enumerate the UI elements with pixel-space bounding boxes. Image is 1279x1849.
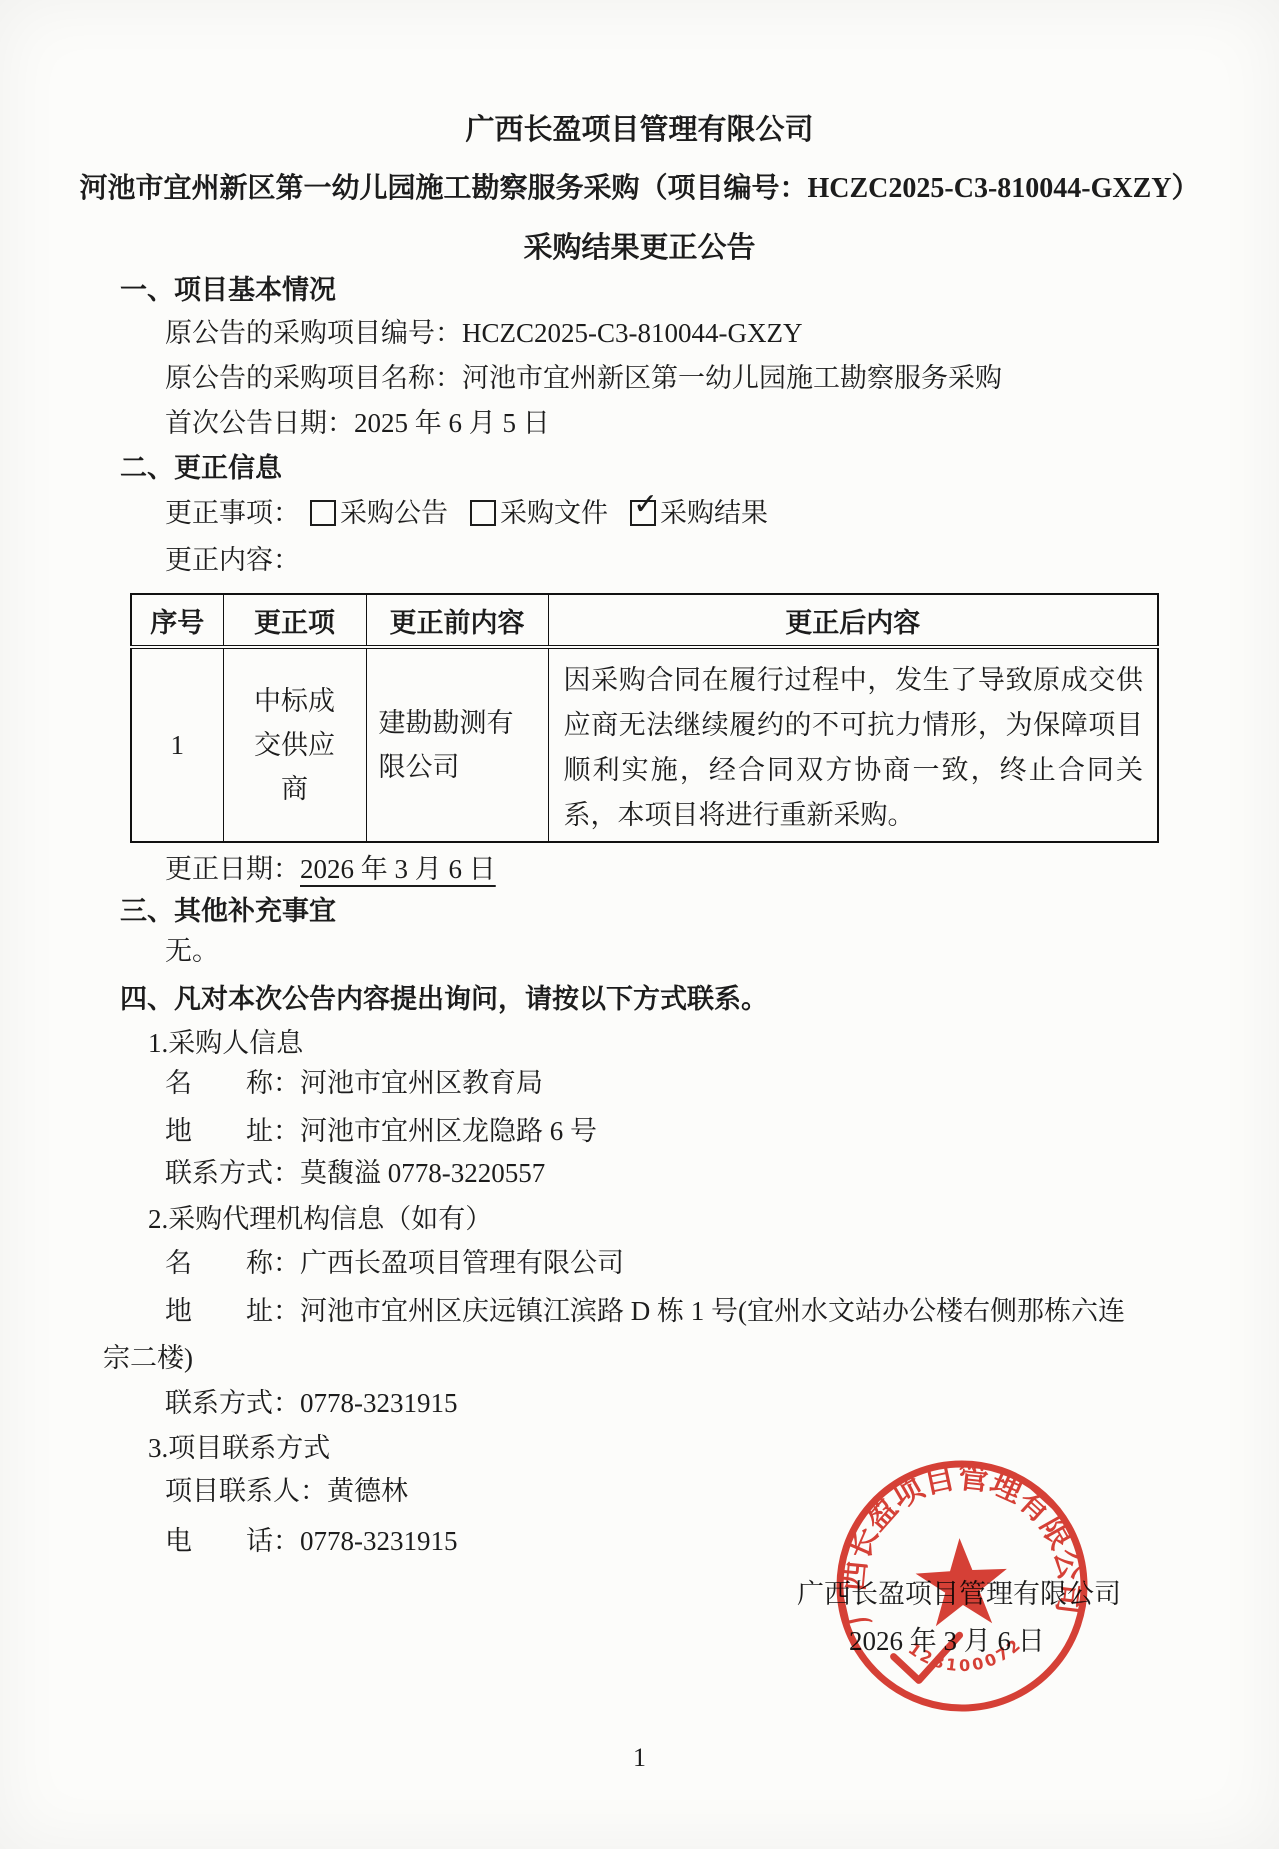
check-mark-icon: ✓ xyxy=(633,490,658,520)
col-header-before: 更正前内容 xyxy=(366,594,548,647)
agency-address-line1: 地 址：河池市宜州区庆远镇江滨路 D 栋 1 号(宜州水文站办公楼右侧那栋六连 xyxy=(165,1293,1125,1329)
project-person-line: 项目联系人：黄德林 xyxy=(165,1473,408,1509)
buyer-info-heading: 1.采购人信息 xyxy=(148,1025,303,1061)
correction-date-line: 更正日期：2026 年 3 月 6 日 xyxy=(165,851,496,887)
project-phone-line: 电 话：0778-3231915 xyxy=(165,1523,458,1559)
buyer-name-value: 河池市宜州区教育局 xyxy=(300,1068,543,1098)
cell-before: 建勘勘测有限公司 xyxy=(366,647,548,842)
correction-table-header: 序号 更正项 更正前内容 更正后内容 xyxy=(131,594,1158,647)
original-project-name: 原公告的采购项目名称：河池市宜州新区第一幼儿园施工勘察服务采购 xyxy=(165,360,1002,396)
table-header-row: 序号 更正项 更正前内容 更正后内容 xyxy=(131,594,1158,647)
checkbox-procurement-document[interactable]: 采购文件 xyxy=(470,495,608,531)
document-page: 广西长盈项目管理有限公司 河池市宜州新区第一幼儿园施工勘察服务采购（项目编号：H… xyxy=(0,0,1279,1849)
buyer-address-line: 地 址：河池市宜州区龙隐路 6 号 xyxy=(165,1113,597,1149)
buyer-contact-value: 莫馥溢 0778-3220557 xyxy=(300,1158,545,1188)
correction-date-label: 更正日期： xyxy=(165,854,300,884)
correction-table-body: 1 中标成交供应商 建勘勘测有限公司 因采购合同在履行过程中，发生了导致原成交供… xyxy=(131,647,1158,842)
correction-items: 更正事项： 采购公告 采购文件 ✓ 采购结果 xyxy=(165,495,790,531)
cell-seq: 1 xyxy=(131,647,223,842)
checkbox-label-announcement: 采购公告 xyxy=(340,495,448,531)
col-header-after: 更正后内容 xyxy=(548,594,1158,647)
buyer-address-value: 河池市宜州区龙隐路 6 号 xyxy=(300,1116,597,1146)
agency-address-label: 地 址： xyxy=(165,1296,300,1326)
checkbox-unchecked-icon xyxy=(310,500,336,526)
buyer-name-label: 名 称： xyxy=(165,1068,300,1098)
correction-items-label: 更正事项： xyxy=(165,495,300,531)
project-phone-value: 0778-3231915 xyxy=(300,1526,458,1556)
cell-item: 中标成交供应商 xyxy=(223,647,366,842)
agency-name-line: 名 称：广西长盈项目管理有限公司 xyxy=(165,1245,624,1281)
agency-info-heading: 2.采购代理机构信息（如有） xyxy=(148,1201,492,1237)
agency-contact-value: 0778-3231915 xyxy=(300,1388,458,1418)
cell-after: 因采购合同在履行过程中，发生了导致原成交供应商无法继续履约的不可抗力情形，为保障… xyxy=(548,647,1158,842)
agency-contact-line: 联系方式：0778-3231915 xyxy=(165,1385,458,1421)
buyer-address-label: 地 址： xyxy=(165,1116,300,1146)
first-announcement-date: 首次公告日期：2025 年 6 月 5 日 xyxy=(165,405,550,441)
project-phone-label: 电 话： xyxy=(165,1526,300,1556)
buyer-name-line: 名 称：河池市宜州区教育局 xyxy=(165,1065,543,1101)
title-company: 广西长盈项目管理有限公司 xyxy=(0,112,1279,148)
checkbox-checked-icon: ✓ xyxy=(630,500,656,526)
correction-table: 序号 更正项 更正前内容 更正后内容 1 中标成交供应商 建勘勘测有限公司 因采… xyxy=(130,593,1159,843)
agency-address-line2: 宗二楼) xyxy=(103,1340,193,1376)
section1-heading: 一、项目基本情况 xyxy=(120,272,336,308)
section3-heading: 三、其他补充事宜 xyxy=(120,893,336,929)
agency-address-value-line1: 河池市宜州区庆远镇江滨路 D 栋 1 号(宜州水文站办公楼右侧那栋六连 xyxy=(300,1296,1125,1326)
project-person-label: 项目联系人： xyxy=(165,1476,327,1506)
title-project: 河池市宜州新区第一幼儿园施工勘察服务采购（项目编号：HCZC2025-C3-81… xyxy=(0,171,1279,207)
project-contact-heading: 3.项目联系方式 xyxy=(148,1430,330,1466)
section3-content: 无。 xyxy=(165,933,219,969)
col-header-seq: 序号 xyxy=(131,594,223,647)
checkbox-procurement-announcement[interactable]: 采购公告 xyxy=(310,495,448,531)
correction-items-row: 更正事项： 采购公告 采购文件 ✓ 采购结果 xyxy=(165,495,790,531)
checkbox-procurement-result[interactable]: ✓ 采购结果 xyxy=(630,495,768,531)
checkbox-label-document: 采购文件 xyxy=(500,495,608,531)
project-person-value: 黄德林 xyxy=(327,1476,408,1506)
correction-date-value: 2026 年 3 月 6 日 xyxy=(300,854,496,884)
title-notice: 采购结果更正公告 xyxy=(0,230,1279,266)
buyer-contact-line: 联系方式：莫馥溢 0778-3220557 xyxy=(165,1155,545,1191)
company-seal-stamp: 广西长盈项目管理有限公司 4512810007271 xyxy=(824,1448,1099,1723)
table-row: 1 中标成交供应商 建勘勘测有限公司 因采购合同在履行过程中，发生了导致原成交供… xyxy=(131,647,1158,842)
checkbox-unchecked-icon xyxy=(470,500,496,526)
agency-name-value: 广西长盈项目管理有限公司 xyxy=(300,1248,624,1278)
section4-heading: 四、凡对本次公告内容提出询问，请按以下方式联系。 xyxy=(120,981,768,1017)
agency-contact-label: 联系方式： xyxy=(165,1388,300,1418)
checkbox-label-result: 采购结果 xyxy=(660,495,768,531)
buyer-contact-label: 联系方式： xyxy=(165,1158,300,1188)
original-project-number: 原公告的采购项目编号：HCZC2025-C3-810044-GXZY xyxy=(165,315,802,351)
correction-content-label: 更正内容： xyxy=(165,542,300,578)
page-number: 1 xyxy=(0,1743,1279,1773)
agency-name-label: 名 称： xyxy=(165,1248,300,1278)
col-header-item: 更正项 xyxy=(223,594,366,647)
section2-heading: 二、更正信息 xyxy=(120,450,282,486)
stamp-star-icon xyxy=(914,1536,1010,1627)
